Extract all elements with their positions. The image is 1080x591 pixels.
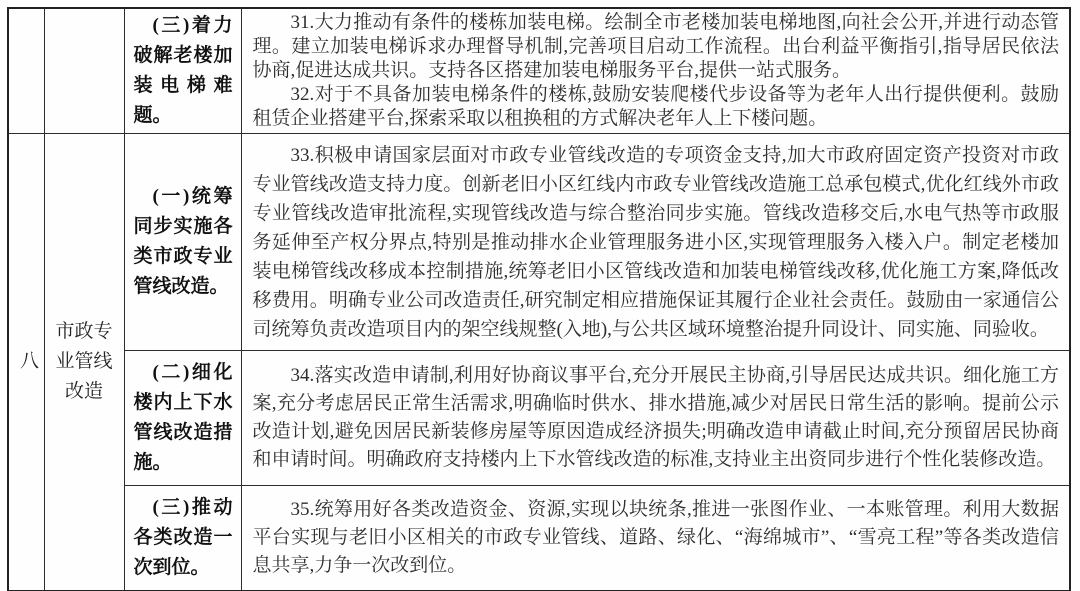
measure-paragraph: 32.对于不具备加装电梯条件的楼栋,鼓励安装爬楼代步设备等为老年人出行提供便利。… xyxy=(253,83,1060,131)
section-title-text: (一)统筹同步实施各类市政专业管线改造。 xyxy=(134,182,233,302)
cell-measures: 34.落实改造申请制,利用好协商议事平台,充分开展民主协商,引导居民达成共识。细… xyxy=(241,351,1070,486)
cell-section-title: (三)着力破解老楼加装电梯难题。 xyxy=(124,8,241,134)
cell-measures: 33.积极申请国家层面对市政专业管线改造的专项资金支持,加大市政府固定资产投资对… xyxy=(241,134,1070,351)
cell-category-empty xyxy=(44,8,124,134)
cell-serial-number-empty xyxy=(8,8,44,134)
cell-measures: 31.大力推动有条件的楼栋加装电梯。绘制全市老楼加装电梯地图,向社会公开,并进行… xyxy=(241,8,1070,134)
cell-category: 市政专业管线改造 xyxy=(44,134,124,591)
measure-paragraph: 35.统筹用好各类改造资金、资源,实现以块统条,推进一张图作业、一本账管理。利用… xyxy=(253,496,1060,580)
document-page: (三)着力破解老楼加装电梯难题。 31.大力推动有条件的楼栋加装电梯。绘制全市老… xyxy=(0,0,1080,591)
serial-number-text: 八 xyxy=(20,351,39,372)
table-row: (三)推动各类改造一次到位。 35.统筹用好各类改造资金、资源,实现以块统条,推… xyxy=(8,486,1070,591)
cell-serial-number: 八 xyxy=(8,134,44,591)
category-text: 市政专业管线改造 xyxy=(56,321,113,402)
cell-section-title: (一)统筹同步实施各类市政专业管线改造。 xyxy=(124,134,241,351)
cell-section-title: (三)推动各类改造一次到位。 xyxy=(124,486,241,591)
measure-paragraph: 34.落实改造申请制,利用好协商议事平台,充分开展民主协商,引导居民达成共识。细… xyxy=(253,362,1060,474)
table-row: (三)着力破解老楼加装电梯难题。 31.大力推动有条件的楼栋加装电梯。绘制全市老… xyxy=(8,8,1070,134)
cell-measures: 35.统筹用好各类改造资金、资源,实现以块统条,推进一张图作业、一本账管理。利用… xyxy=(241,486,1070,591)
cell-section-title: (二)细化楼内上下水管线改造措施。 xyxy=(124,351,241,486)
table-row: 八 市政专业管线改造 (一)统筹同步实施各类市政专业管线改造。 33.积极申请国… xyxy=(8,134,1070,351)
section-title-text: (三)推动各类改造一次到位。 xyxy=(134,493,233,583)
section-title-text: (三)着力破解老楼加装电梯难题。 xyxy=(134,11,233,131)
table-row: (二)细化楼内上下水管线改造措施。 34.落实改造申请制,利用好协商议事平台,充… xyxy=(8,351,1070,486)
section-title-text: (二)细化楼内上下水管线改造措施。 xyxy=(134,358,233,478)
measure-paragraph: 33.积极申请国家层面对市政专业管线改造的专项资金支持,加大市政府固定资产投资对… xyxy=(253,141,1060,344)
policy-table: (三)着力破解老楼加装电梯难题。 31.大力推动有条件的楼栋加装电梯。绘制全市老… xyxy=(7,7,1071,591)
measure-paragraph: 31.大力推动有条件的楼栋加装电梯。绘制全市老楼加装电梯地图,向社会公开,并进行… xyxy=(253,11,1060,83)
